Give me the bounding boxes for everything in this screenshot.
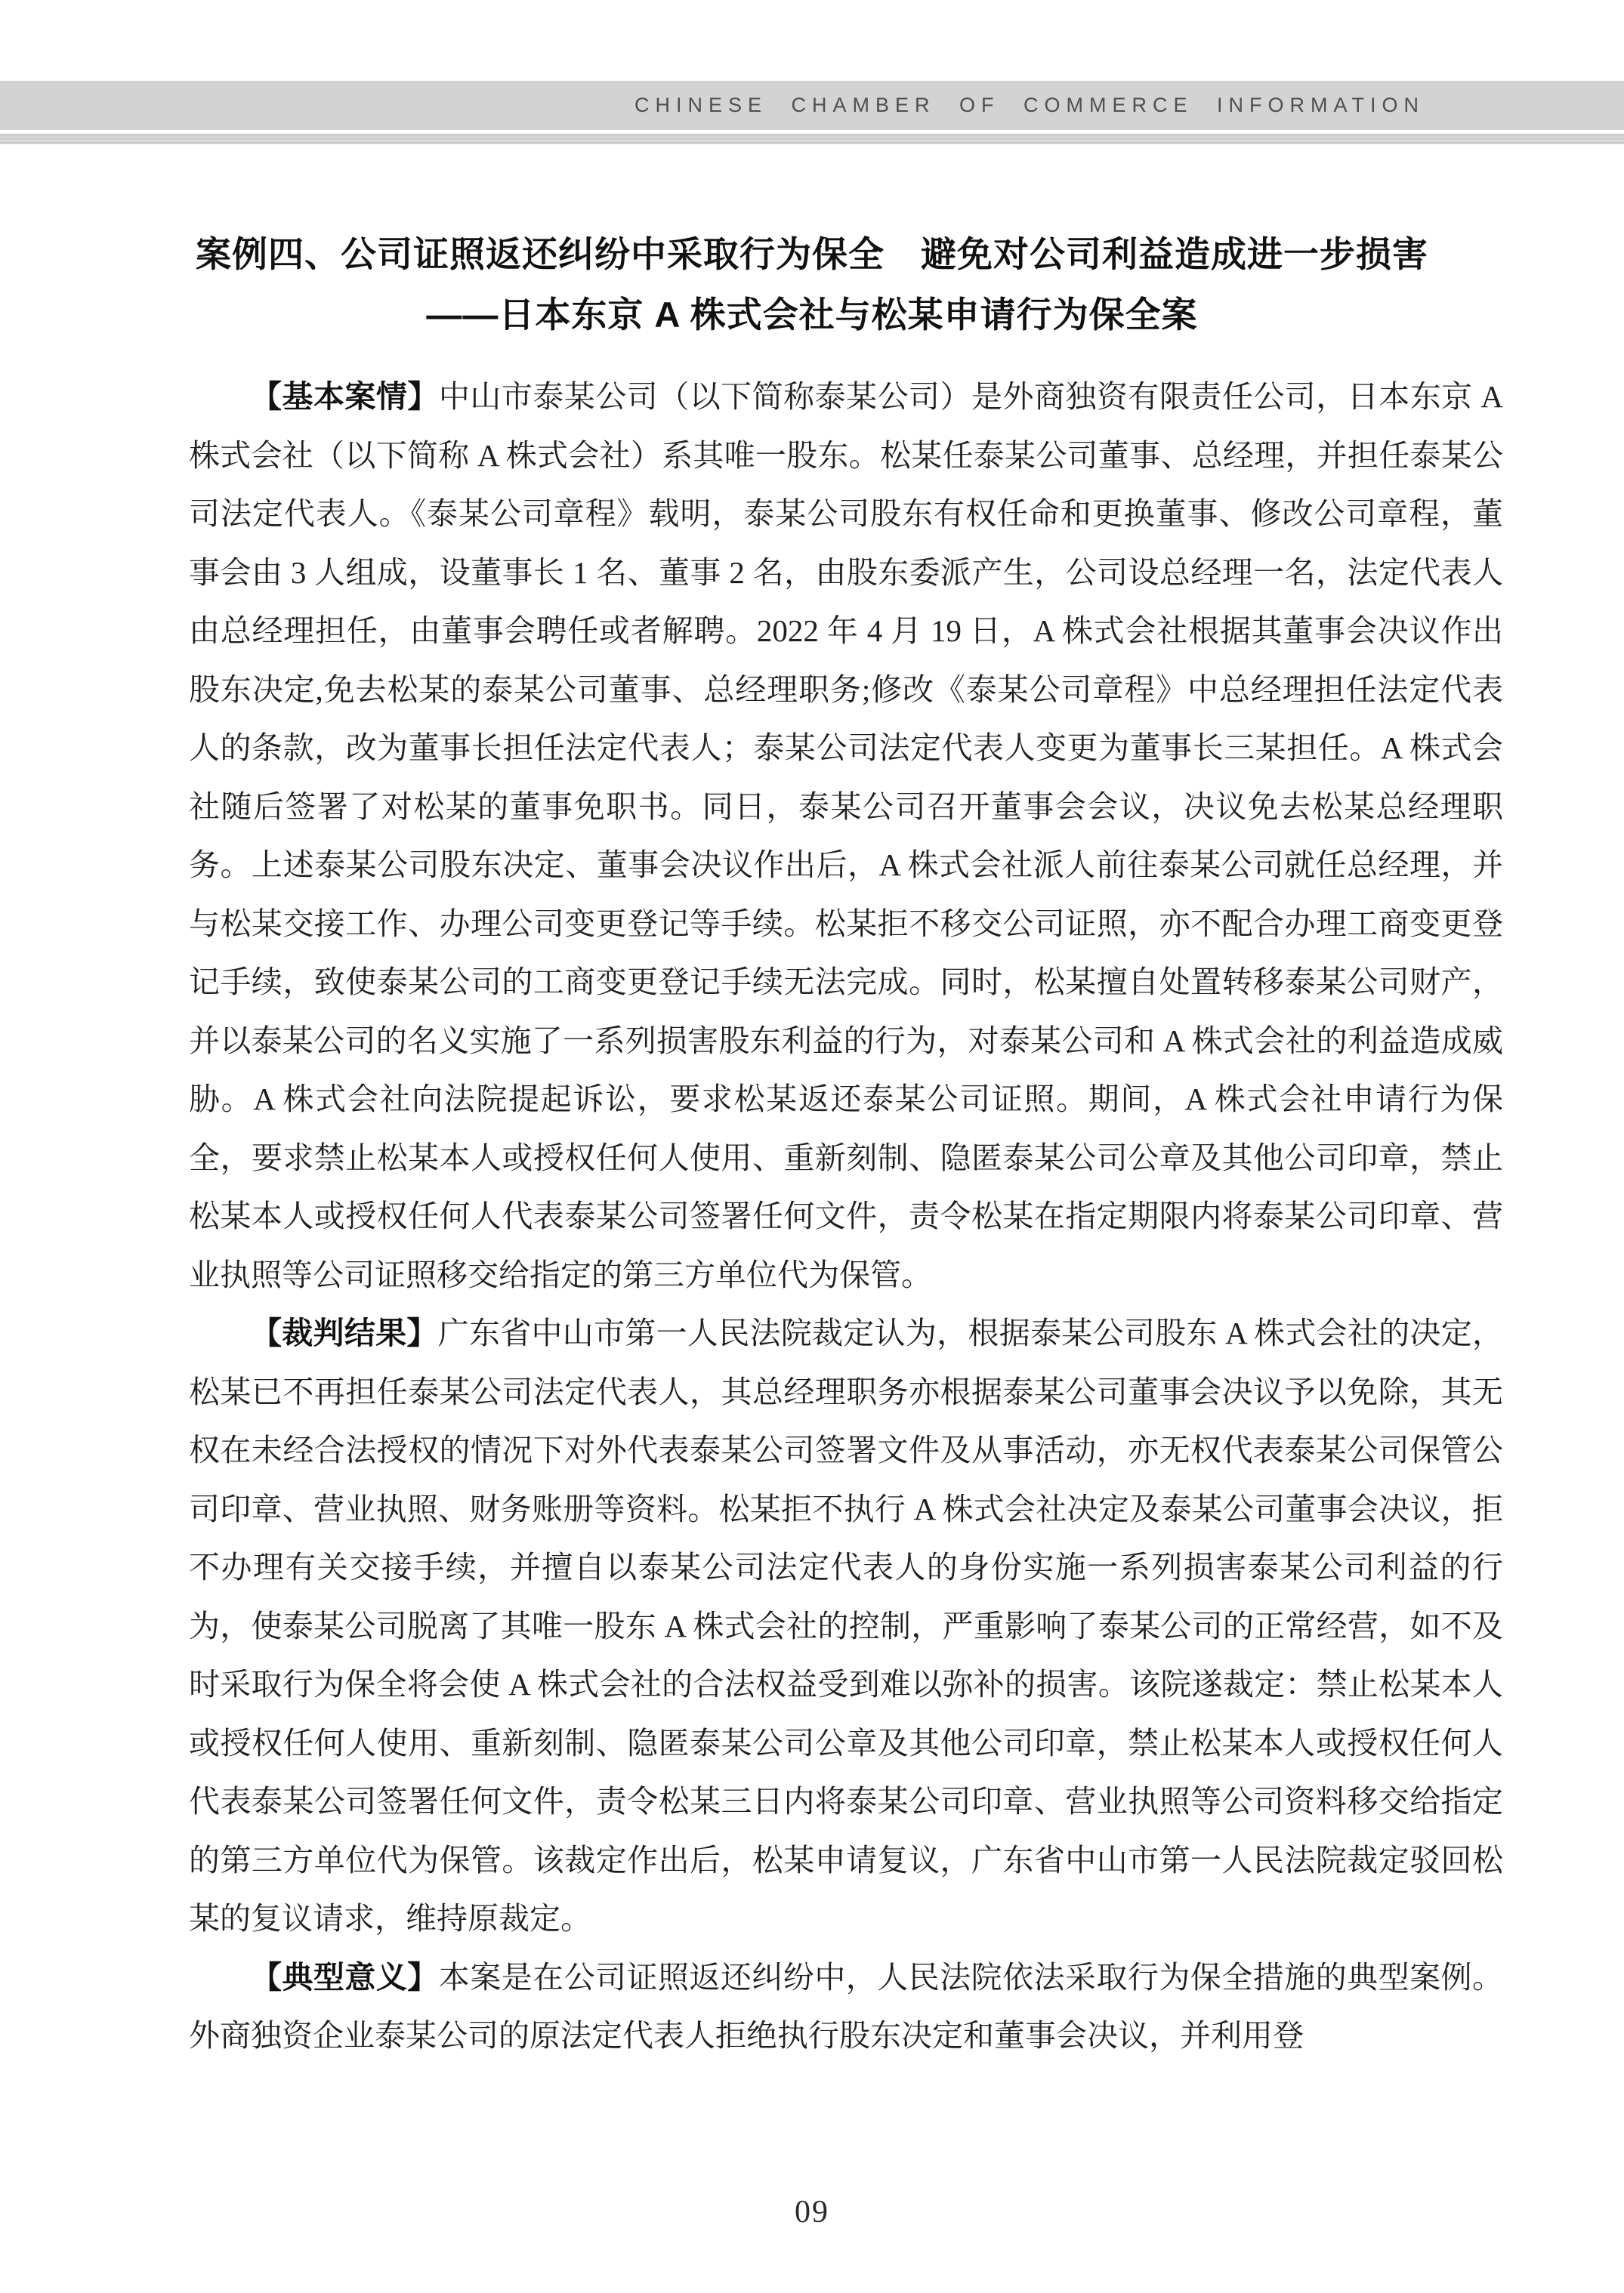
paragraph-label: 【裁判结果】 [251,1316,438,1350]
header-banner-text: CHINESE CHAMBER OF COMMERCE INFORMATION [634,94,1425,117]
header-banner: CHINESE CHAMBER OF COMMERCE INFORMATION [0,81,1624,130]
document-title: 案例四、公司证照返还纠纷中采取行为保全 避免对公司利益造成进一步损害 ——日本东… [0,224,1624,345]
paragraph-judgment-result: 【裁判结果】广东省中山市第一人民法院裁定认为，根据泰某公司股东 A 株式会社的决… [189,1304,1503,1949]
document-body: 【基本案情】中山市泰某公司（以下简称泰某公司）是外商独资有限责任公司，日本东京 … [189,368,1503,2066]
document-title-line1: 案例四、公司证照返还纠纷中采取行为保全 避免对公司利益造成进一步损害 [0,224,1624,285]
paragraph-typical-significance: 【典型意义】本案是在公司证照返还纠纷中，人民法院依法采取行为保全措施的典型案例。… [189,1949,1503,2066]
paragraph-basic-facts: 【基本案情】中山市泰某公司（以下简称泰某公司）是外商独资有限责任公司，日本东京 … [189,368,1503,1304]
document-page: CHINESE CHAMBER OF COMMERCE INFORMATION … [0,0,1624,2293]
paragraph-text: 中山市泰某公司（以下简称泰某公司）是外商独资有限责任公司，日本东京 A 株式会社… [189,379,1503,1292]
paragraph-label: 【典型意义】 [251,1960,439,1995]
header-divider-stripes [0,134,1624,144]
paragraph-label: 【基本案情】 [251,379,439,414]
paragraph-text: 广东省中山市第一人民法院裁定认为，根据泰某公司股东 A 株式会社的决定，松某已不… [189,1316,1503,1936]
document-title-line2: ——日本东京 A 株式会社与松某申请行为保全案 [0,285,1624,345]
page-number: 09 [0,2194,1624,2230]
